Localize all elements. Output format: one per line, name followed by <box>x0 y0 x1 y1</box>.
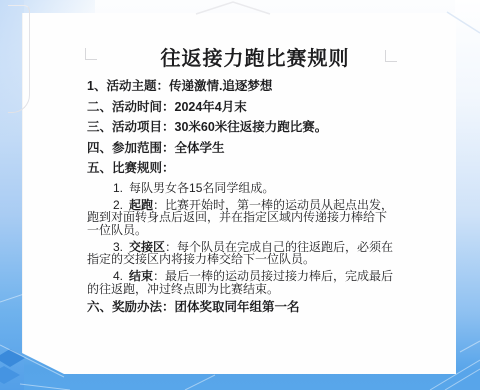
list-item-scope: 四、参加范围：全体学生 <box>87 141 423 155</box>
list-item-award: 六、奖励办法：团体奖取同年组第一名 <box>87 300 423 314</box>
screenshot-stage: 往返接力跑比赛规则 1、活动主题：传递激情.追逐梦想 二、活动时间：2024年4… <box>0 0 480 390</box>
list-item-time: 二、活动时间：2024年4月末 <box>87 100 423 114</box>
rule-number: 1. <box>113 181 123 195</box>
document-page: 往返接力跑比赛规则 1、活动主题：传递激情.追逐梦想 二、活动时间：2024年4… <box>22 13 456 374</box>
rule-paragraph: 4.结束：最后一棒的运动员接过接力棒后，完成最后 的往返跑，冲过终点即为比赛结束… <box>87 270 423 295</box>
background-right-strip <box>455 0 480 390</box>
chevron-decoration <box>196 2 270 14</box>
rule-text: 每队男女各15名同学组成。 <box>129 181 274 195</box>
rule-paragraph: 2.起跑：比赛开始时，第一棒的运动员从起点出发， 跑到对面转身点后返回，并在指定… <box>87 199 423 237</box>
document-content: 往返接力跑比赛规则 1、活动主题：传递激情.追逐梦想 二、活动时间：2024年4… <box>87 48 423 314</box>
list-item-theme: 1、活动主题：传递激情.追逐梦想 <box>87 79 423 93</box>
list-item-event: 三、活动项目：30米60米往返接力跑比赛。 <box>87 120 423 134</box>
document-title: 往返接力跑比赛规则 <box>87 48 423 70</box>
rule-paragraph: 1.每队男女各15名同学组成。 <box>87 182 423 195</box>
list-item-rules-heading: 五、比赛规则： <box>87 161 423 175</box>
rule-paragraph: 3.交接区：每个队员在完成自己的往返跑后，必须在 指定的交接区内将接力棒交给下一… <box>87 241 423 266</box>
